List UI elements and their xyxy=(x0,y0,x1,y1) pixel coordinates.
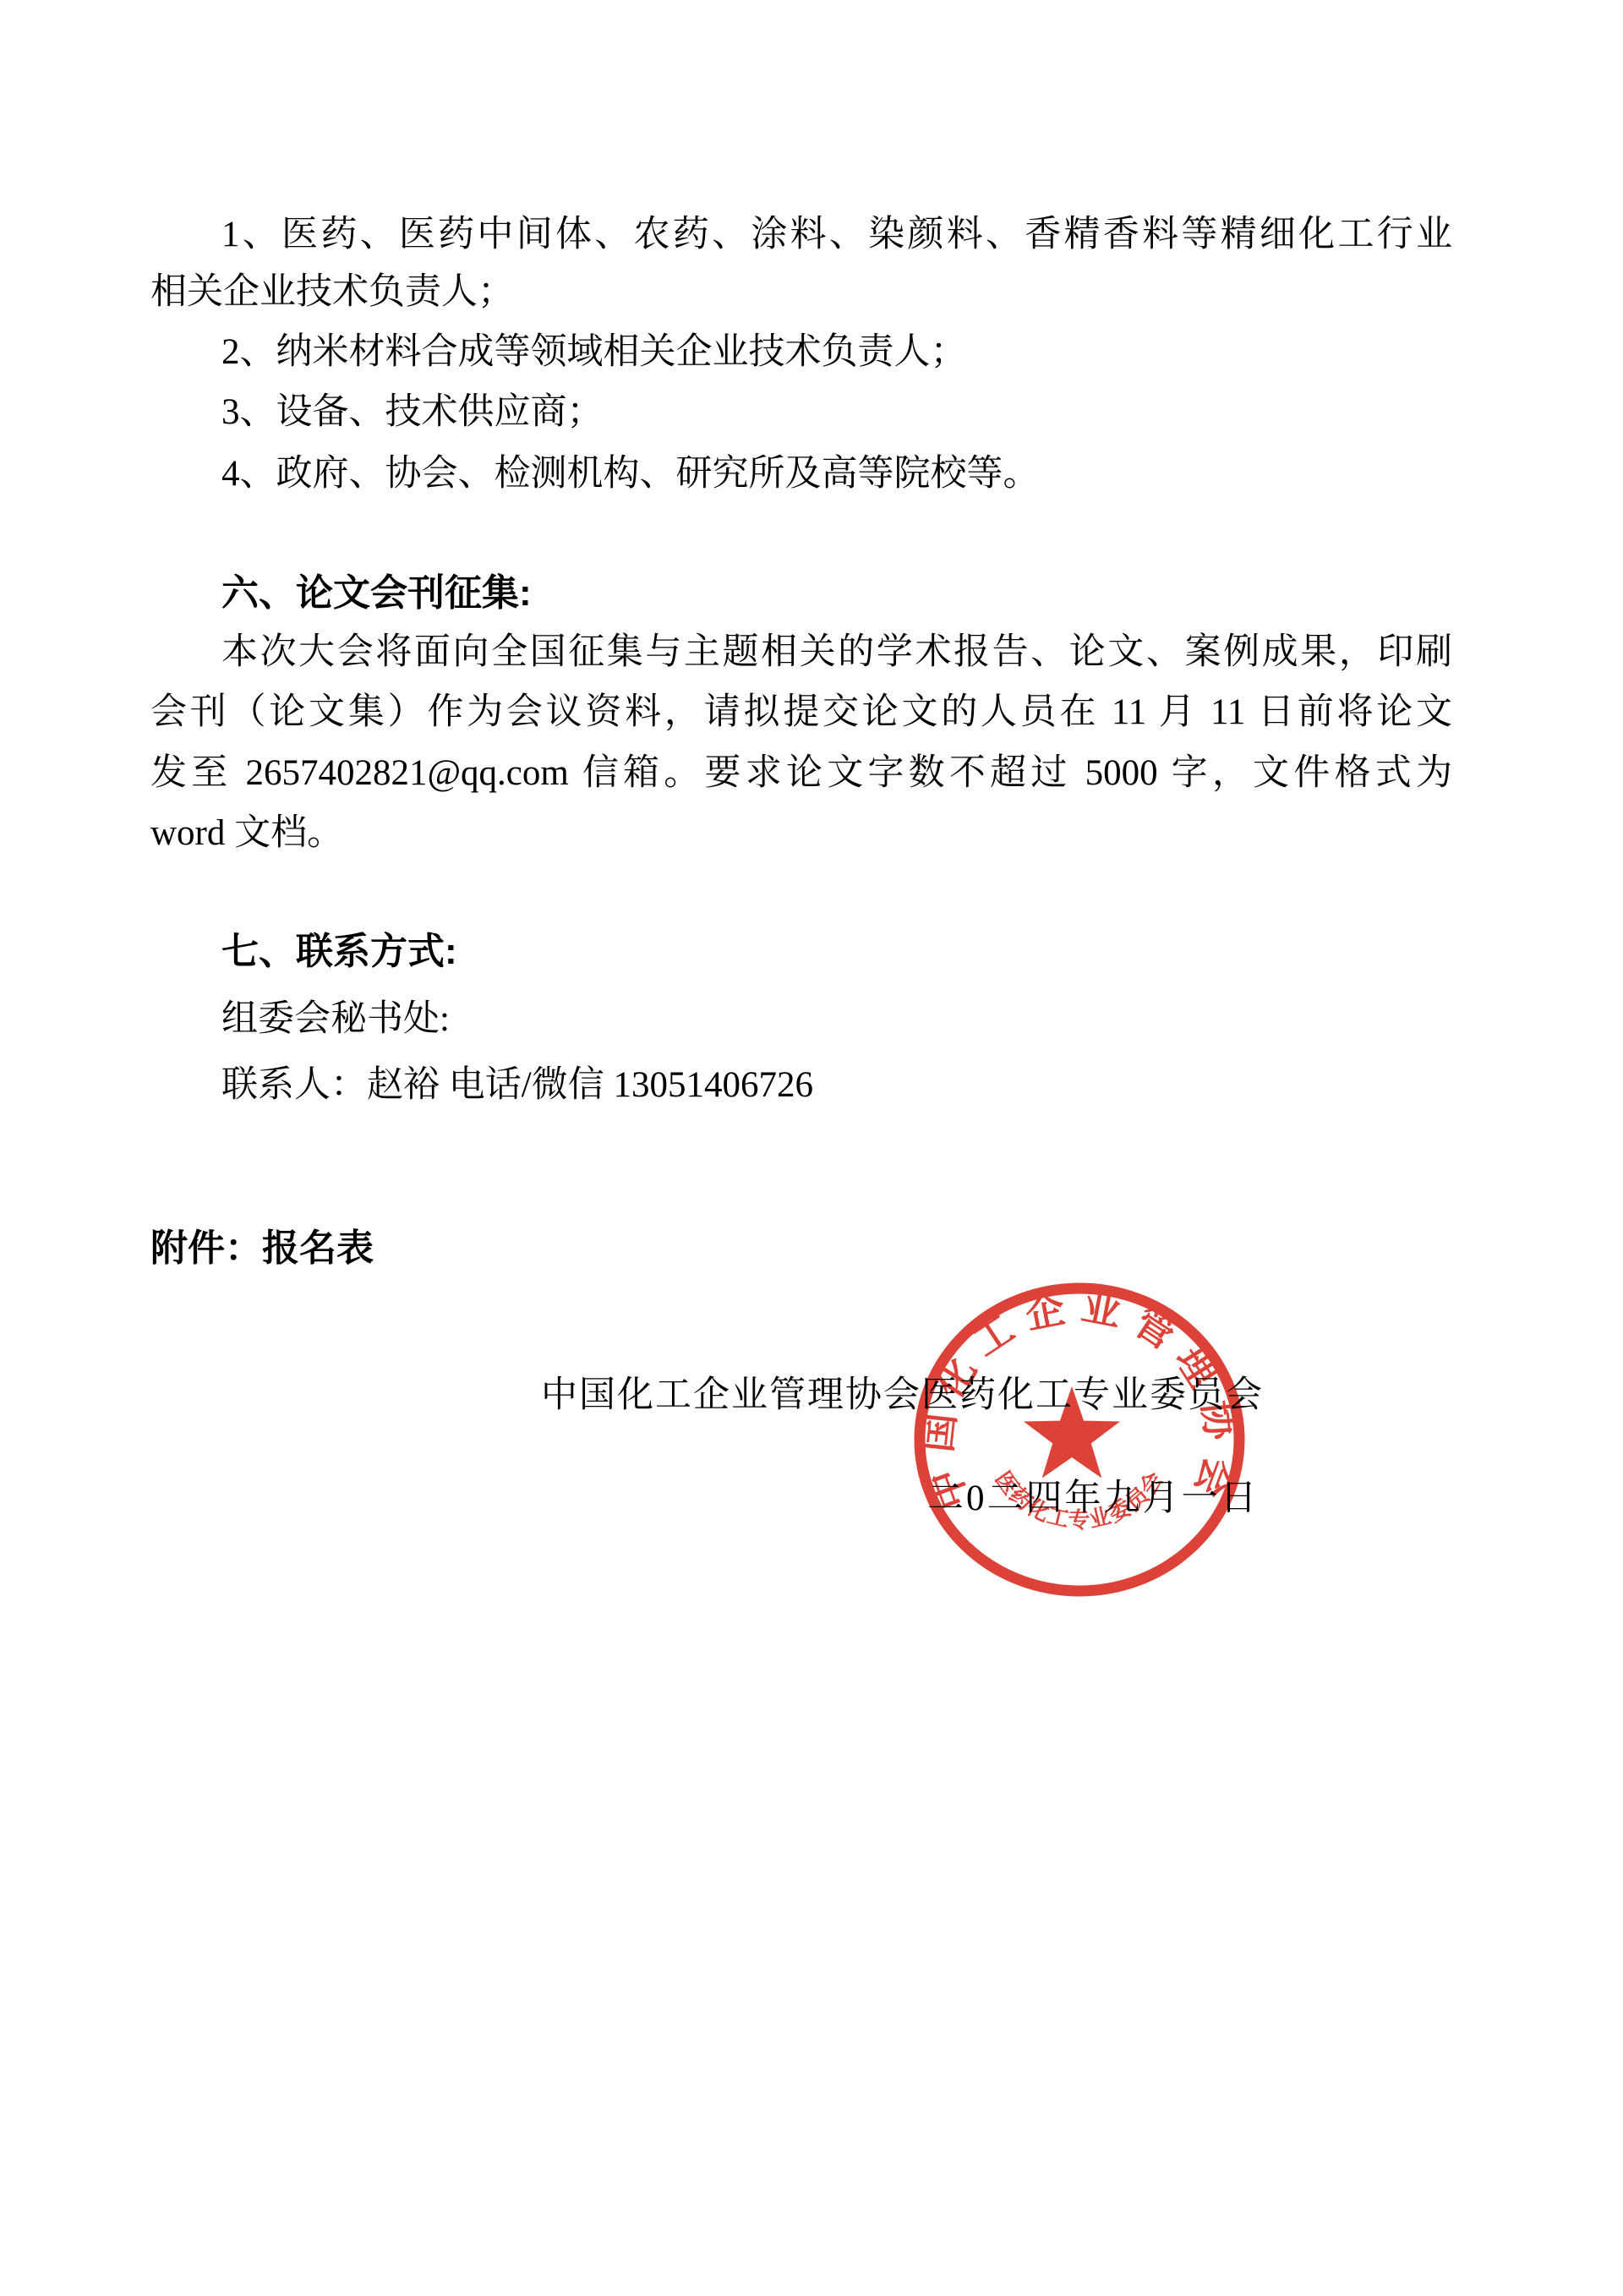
paper-paragraph-line-4: word 文档。 xyxy=(150,803,1452,863)
audience-item-1-line-2: 相关企业技术负责人； xyxy=(150,262,1452,322)
signature-organization: 中国化工企业管理协会医药化工专业委员会 xyxy=(541,1365,1386,1425)
official-seal: 中国化工企业管理协会 医药化工专业委员会 xyxy=(910,1280,1249,1601)
audience-item-2: 2、纳米材料合成等领域相关企业技术负责人； xyxy=(150,322,1452,382)
paper-paragraph-line-1: 本次大会将面向全国征集与主题相关的学术报告、论文、案例成果，印刷 xyxy=(150,622,1452,682)
audience-item-3: 3、设备、技术供应商； xyxy=(150,382,1452,442)
document-page: 中国化工企业管理协会 医药化工专业委员会 1、医药、医药中间体、农药、涂料、染颜… xyxy=(0,0,1623,2296)
paper-paragraph-line-2: 会刊（论文集）作为会议资料，请拟提交论文的人员在 11 月 11 日前将论文 xyxy=(150,682,1452,742)
audience-item-4: 4、政府、协会、检测机构、研究所及高等院校等。 xyxy=(150,444,1452,504)
section-seven-heading: 七、联系方式: xyxy=(150,921,1452,981)
audience-item-1-line-1: 1、医药、医药中间体、农药、涂料、染颜料、香精香料等精细化工行业 xyxy=(150,205,1452,265)
attachment-line: 附件：报名表 xyxy=(150,1218,1452,1278)
paper-paragraph-line-3: 发至 2657402821@qq.com 信箱。要求论文字数不超过 5000 字… xyxy=(150,743,1452,803)
signature-date: 二0二四年九月一日 xyxy=(927,1468,1434,1528)
contact-person-line: 联系人：赵裕 电话/微信 13051406726 xyxy=(150,1055,1452,1115)
section-six-heading: 六、论文会刊征集: xyxy=(150,563,1452,623)
secretariat-line: 组委会秘书处: xyxy=(150,989,1452,1049)
